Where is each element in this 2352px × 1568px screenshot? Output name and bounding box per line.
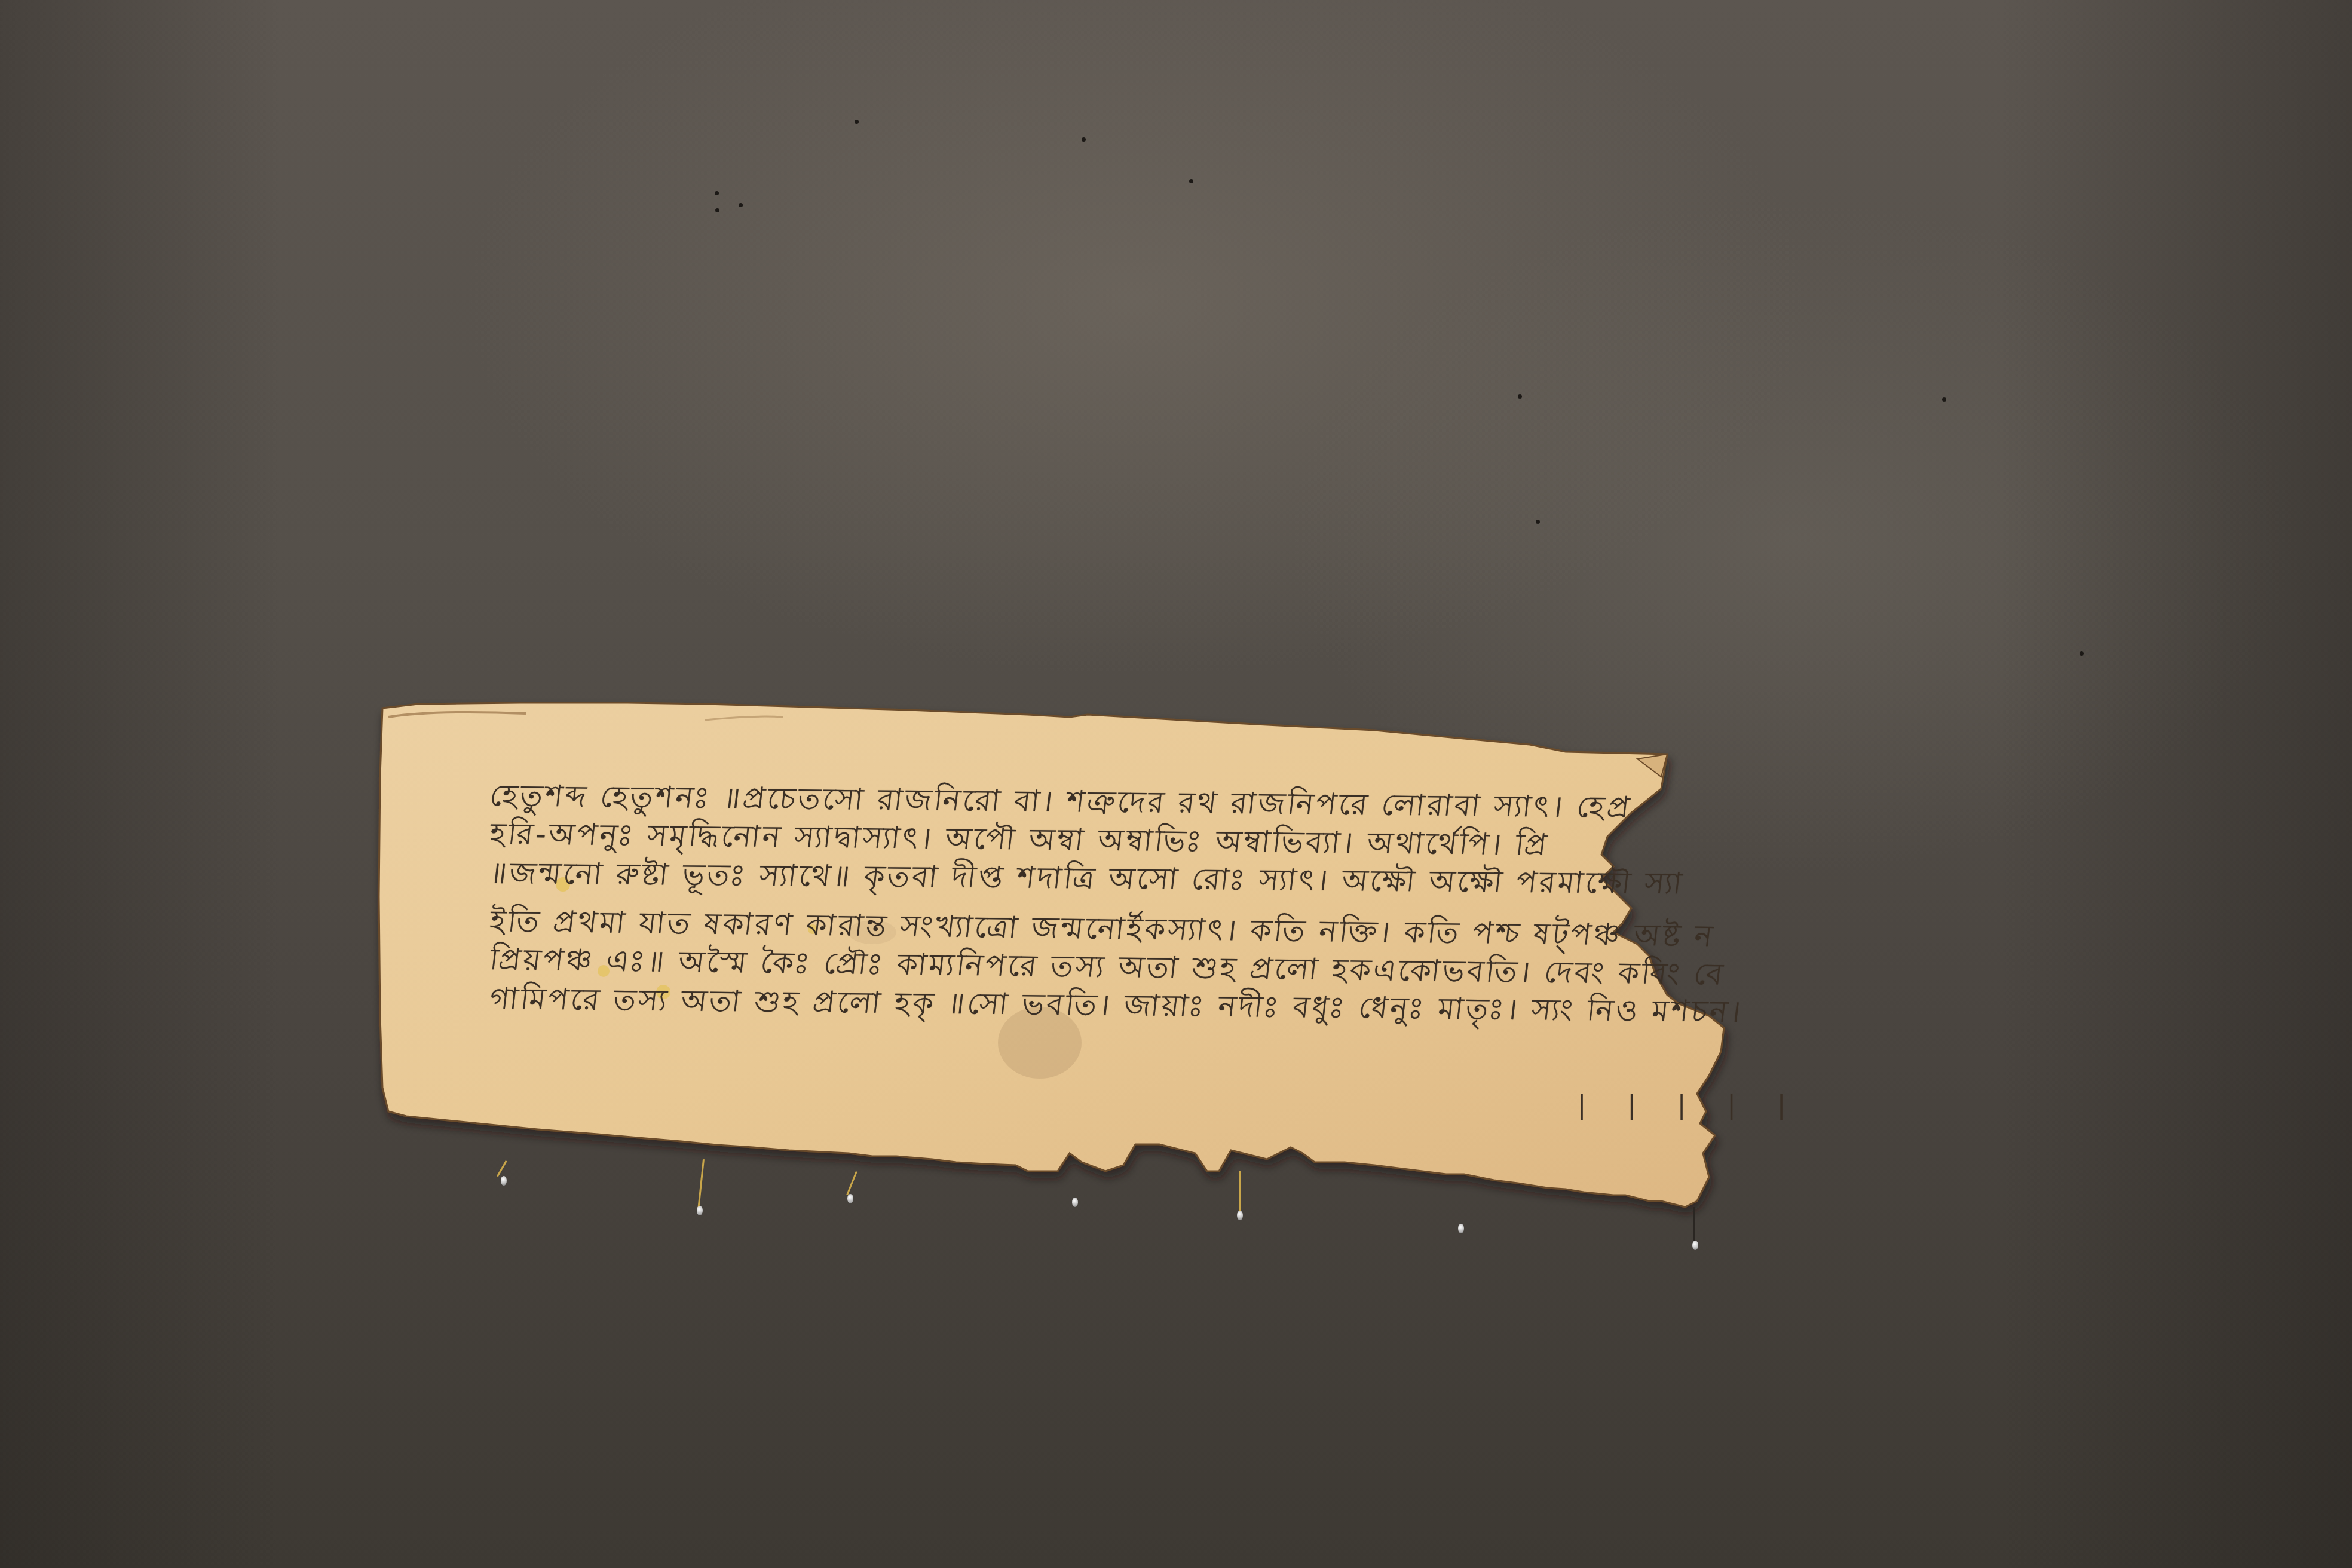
- pin-head-icon: [1072, 1198, 1078, 1207]
- pin-shaft: [1239, 1171, 1241, 1211]
- pin-head-icon: [1692, 1241, 1698, 1250]
- tick-marks: | | | | |: [1578, 1091, 1802, 1120]
- pin-head-icon: [847, 1194, 853, 1203]
- pin-shaft: [1693, 1207, 1695, 1241]
- pin-head-icon: [1458, 1224, 1464, 1233]
- manuscript-text: হেতুশব্দ হেতুশনঃ ॥প্রচেতসো রাজনিরো বা। শ…: [490, 783, 1733, 1024]
- pin-head-icon: [1237, 1211, 1243, 1220]
- manuscript-fragment: হেতুশব্দ হেতুশনঃ ॥প্রচেতসো রাজনিরো বা। শ…: [0, 0, 2352, 1568]
- pin-head-icon: [501, 1176, 507, 1186]
- pin-head-icon: [697, 1206, 703, 1215]
